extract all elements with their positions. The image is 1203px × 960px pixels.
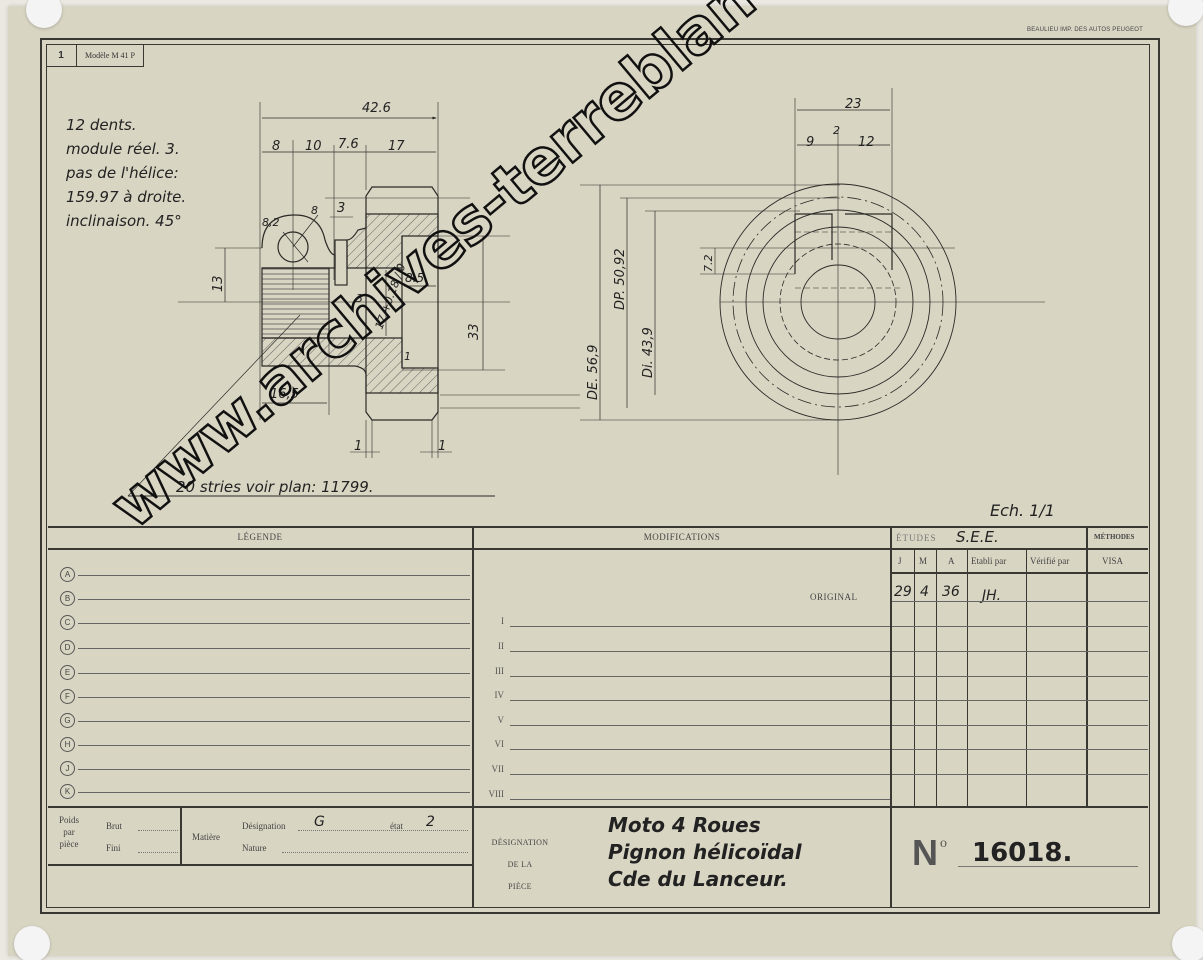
brut-label: Brut xyxy=(106,821,122,831)
designation-value: G xyxy=(314,814,325,830)
legend-marker-g: G xyxy=(60,713,75,728)
matiere-label: Matière xyxy=(192,832,220,842)
col-etabli-par: Etabli par xyxy=(971,556,1006,566)
piece-line-2: Pignon hélicoïdal xyxy=(608,839,802,866)
etat-label: état xyxy=(390,821,403,831)
number-underline xyxy=(958,866,1138,867)
modifications-title: MODIFICATIONS xyxy=(474,532,890,542)
methodes-title: MÉTHODES xyxy=(1094,533,1134,541)
svg-text:DP. 50,92: DP. 50,92 xyxy=(613,248,628,310)
svg-text:9: 9 xyxy=(806,135,814,150)
designation-field xyxy=(298,830,468,831)
drawing-number-sup: o xyxy=(940,836,947,852)
legend-marker-b: B xyxy=(60,591,75,606)
svg-text:1: 1 xyxy=(354,439,362,454)
original-label: ORIGINAL xyxy=(810,592,858,602)
etudes-service: S.E.E. xyxy=(956,528,999,546)
etudes-title: ÉTUDES xyxy=(896,533,937,543)
svg-text:17: 17 xyxy=(388,139,405,154)
svg-text:12: 12 xyxy=(858,135,875,150)
col-jour: J xyxy=(898,556,902,566)
svg-text:1: 1 xyxy=(438,439,446,454)
etat-value: 2 xyxy=(426,814,435,830)
mod-row-label: VII xyxy=(474,764,504,774)
date-mois: 4 xyxy=(920,584,929,600)
poids-label: Poidsparpièce xyxy=(56,814,82,850)
svg-text:8: 8 xyxy=(272,139,280,154)
drawing-number-prefix: N xyxy=(912,832,938,874)
mod-row-label: VIII xyxy=(474,789,504,799)
mod-row-label: IV xyxy=(474,690,504,700)
col-annee: A xyxy=(948,556,955,566)
fini-label: Fini xyxy=(106,843,121,853)
svg-text:8: 8 xyxy=(311,204,318,217)
svg-text:33: 33 xyxy=(467,323,482,340)
legend-marker-k: K xyxy=(60,784,75,799)
legend-marker-e: E xyxy=(60,665,75,680)
svg-text:13: 13 xyxy=(211,275,226,292)
col-mois: M xyxy=(919,556,927,566)
svg-text:Di. 43,9: Di. 43,9 xyxy=(641,327,656,378)
svg-text:3: 3 xyxy=(337,201,345,216)
legend-marker-a: A xyxy=(60,567,75,582)
svg-text:7.2: 7.2 xyxy=(702,255,715,273)
brut-field xyxy=(138,830,178,831)
svg-text:DE. 56,9: DE. 56,9 xyxy=(586,345,601,400)
mod-row-label: I xyxy=(474,616,504,626)
visa-column: VISA xyxy=(1102,556,1123,566)
designation-label: Désignation xyxy=(242,821,286,831)
svg-text:2: 2 xyxy=(833,124,840,137)
drawing-number: 16018. xyxy=(972,838,1072,868)
mod-row-label: II xyxy=(474,641,504,651)
svg-text:10: 10 xyxy=(305,139,322,154)
svg-text:7.6: 7.6 xyxy=(338,137,359,152)
mod-row-label: V xyxy=(474,715,504,725)
legend-marker-d: D xyxy=(60,640,75,655)
piece-designation-label: DÉSIGNATIONDE LAPIÈCE xyxy=(484,832,556,898)
piece-designation: Moto 4 Roues Pignon hélicoïdal Cde du La… xyxy=(608,812,802,893)
legend-marker-h: H xyxy=(60,737,75,752)
date-annee: 36 xyxy=(942,584,960,600)
svg-text:1: 1 xyxy=(404,350,411,363)
nature-field xyxy=(282,852,468,853)
scale-label: Ech. 1/1 xyxy=(990,501,1055,520)
legend-marker-c: C xyxy=(60,615,75,630)
piece-line-3: Cde du Lanceur. xyxy=(608,866,802,893)
legend-marker-j: J xyxy=(60,761,75,776)
svg-text:23: 23 xyxy=(845,97,862,112)
nature-label: Nature xyxy=(242,843,267,853)
piece-line-1: Moto 4 Roues xyxy=(608,812,802,839)
col-verifie-par: Vérifié par xyxy=(1030,556,1069,566)
fini-field xyxy=(138,852,178,853)
date-jour: 29 xyxy=(894,584,912,600)
svg-text:8,2: 8,2 xyxy=(262,216,280,229)
mod-row-label: III xyxy=(474,666,504,676)
legende-title: LÉGENDE xyxy=(48,532,472,542)
dim-42-6: 42.6 xyxy=(362,101,391,116)
mod-row-label: VI xyxy=(474,739,504,749)
legend-marker-f: F xyxy=(60,689,75,704)
